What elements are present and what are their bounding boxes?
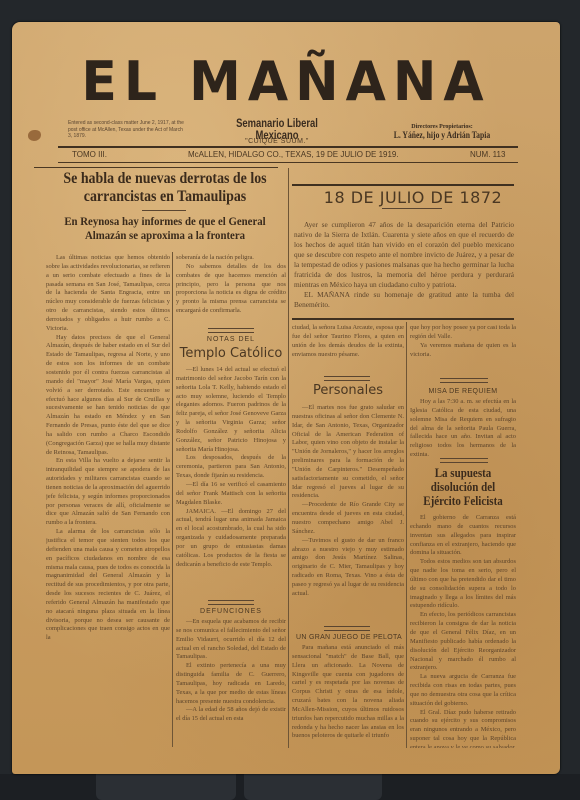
masthead-rule (58, 146, 518, 148)
paragraph: ciudad, la señora Luisa Arcaute, esposa … (292, 324, 404, 359)
templo-title: Templo Católico (174, 346, 288, 361)
felicista-body: El gobierno de Carranza está echando man… (410, 514, 516, 748)
misa-body: Hoy a las 7:30 a. m. se efectúa en la Ig… (410, 398, 516, 458)
paragraph: No sabemos detalles de los dos combates … (176, 263, 286, 316)
misa-title: MISA DE REQUIEM (410, 388, 516, 395)
editorial-divider (382, 208, 442, 209)
lead-subheadline: En Reynosa hay informes de que el Genera… (54, 214, 275, 242)
section-divider (440, 378, 488, 383)
paragraph: —El lunes 14 del actual se efectuó el ma… (176, 366, 286, 454)
paragraph: —El día 16 se verificó el casamiento del… (176, 481, 286, 508)
personales-title: Personales (292, 383, 404, 398)
column-rule (288, 168, 289, 748)
editorial-top-rule (292, 184, 514, 186)
date-location: McALLEN, HIDALGO CO., TEXAS, 19 DE JULIO… (188, 150, 399, 159)
column-3-top: ciudad, la señora Luisa Arcaute, esposa … (292, 324, 404, 372)
editorial-body: Ayer se cumplieron 47 años de la desapar… (294, 220, 514, 318)
column-4-top: que hoy por hoy posee ya por casi toda l… (410, 324, 516, 362)
paragraph: En efecto, los periódicos carrancistas r… (410, 611, 516, 673)
paragraph: La nueva argucia de Carranza fue recibid… (410, 673, 516, 708)
paper-stain (28, 130, 41, 141)
paragraph: —A la edad de 58 años dejó de existir el… (176, 706, 286, 724)
postal-notice: Entered as second-class matter June 2, 1… (68, 120, 188, 140)
pelota-body: Para mañana está anunciado el más sensac… (292, 644, 404, 748)
section-divider (208, 328, 254, 333)
paragraph: Ya veremos mañana de quien es la victori… (410, 342, 516, 360)
volume-label: TOMO III. (72, 150, 107, 159)
lead-article-column-2: soberanía de la nación peligra. No sabem… (176, 254, 286, 320)
paragraph: —En esquela que acabamos de recibir se n… (176, 618, 286, 662)
pelota-title: UN GRAN JUEGO DE PELOTA (292, 634, 406, 641)
headline-divider (142, 210, 186, 211)
templo-body: —El lunes 14 del actual se efectuó el ma… (176, 366, 286, 598)
felicista-headline: La supuesta disolución del Ejército Feli… (415, 466, 512, 508)
paragraph: La alarma de los carrancistas sólo la ju… (46, 528, 170, 643)
paragraph: —El martes nos fue grato saludar en nues… (292, 404, 404, 501)
paragraph: Las últimas noticias que hemos obtenido … (46, 254, 170, 334)
paragraph: soberanía de la nación peligra. (176, 254, 286, 263)
newspaper-page: EL MAÑANA Entered as second-class matter… (12, 22, 560, 774)
section-divider (324, 376, 370, 381)
paragraph: El gobierno de Carranza está echando man… (410, 514, 516, 558)
directors-names: L. Yáñez, hijo y Adrián Tapia (383, 130, 502, 140)
paragraph: Hoy a las 7:30 a. m. se efectúa en la Ig… (410, 398, 516, 458)
paragraph: Hay datos precisos de que el General Alm… (46, 334, 170, 458)
dateline-rule (58, 162, 518, 163)
templo-kicker: NOTAS DEL (176, 336, 286, 343)
background-strip (0, 774, 580, 800)
lead-article-column-1: Las últimas noticias que hemos obtenido … (46, 254, 170, 744)
column-rule (406, 322, 407, 748)
paragraph: Ayer se cumplieron 47 años de la desapar… (294, 220, 514, 290)
directors-block: Directores Propietarios: L. Yáñez, hijo … (372, 124, 512, 140)
paragraph: Todos estos medios son tan absurdos que … (410, 558, 516, 611)
paragraph: Los desposados, después de la ceremonia,… (176, 454, 286, 481)
paragraph: EL MAÑANA rinde su homenaje de gratitud … (294, 290, 514, 310)
masthead-motto: "CUIQUE SUUM." (202, 138, 352, 145)
paragraph: El Gral. Díaz pudo haberse retirado cuan… (410, 709, 516, 748)
section-divider (440, 458, 488, 463)
paragraph: que hoy por hoy posee ya por casi toda l… (410, 324, 516, 342)
paragraph: JAMAICA. —El domingo 27 del actual, tend… (176, 508, 286, 570)
background-block (96, 774, 236, 800)
editorial-bottom-rule (292, 318, 514, 320)
editorial-title: 18 DE JULIO DE 1872 (302, 188, 524, 207)
defunciones-body: —En esquela que acabamos de recibir se n… (176, 618, 286, 746)
defunciones-title: DEFUNCIONES (176, 608, 286, 615)
paragraph: En esta Villa ha vuelto a dejarse sentir… (46, 457, 170, 528)
section-divider (324, 626, 370, 631)
column-rule (172, 252, 173, 747)
lead-headline: Se habla de nuevas derrotas de los carra… (58, 170, 272, 206)
paragraph: Para mañana está anunciado el más sensac… (292, 644, 404, 741)
paragraph: —Procedente de Río Grande City se encuen… (292, 501, 404, 536)
paragraph: —Tuvimos el gusto de dar un franco abraz… (292, 537, 404, 599)
section-divider (208, 600, 254, 605)
lead-top-rule (34, 167, 278, 168)
background-block (244, 774, 382, 800)
issue-number: NUM. 113 (470, 150, 505, 159)
masthead-title: EL MAÑANA (12, 51, 560, 114)
personales-body: —El martes nos fue grato saludar en nues… (292, 404, 404, 624)
paragraph: El extinto pertenecía a una muy distingu… (176, 662, 286, 706)
